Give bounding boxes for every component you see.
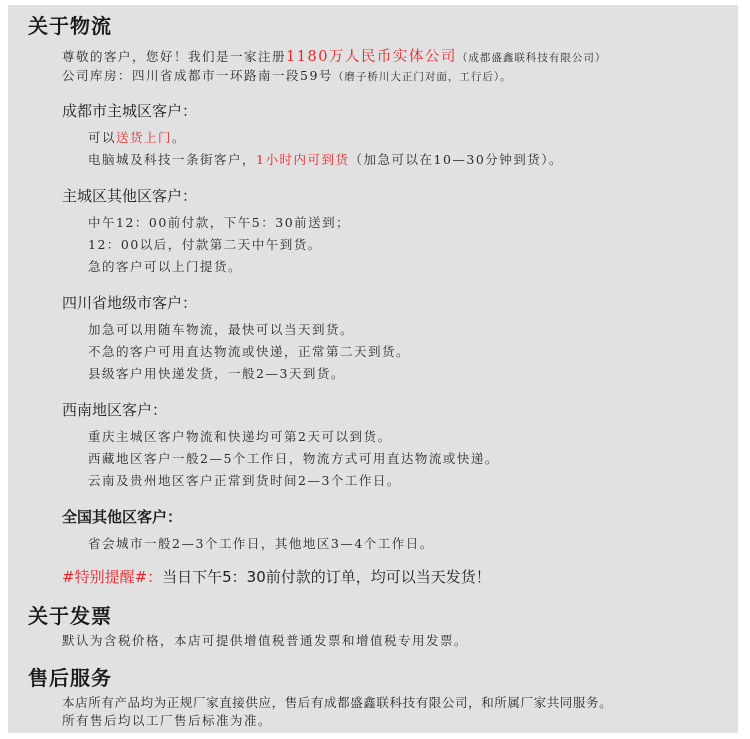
invoice-line: 默认为含税价格，本店可提供增值税普通发票和增值税专用发票。 — [62, 631, 468, 649]
warehouse-landmark: （磨子桥川大正门对面，工行后）。 — [333, 71, 512, 83]
text: 电脑城及科技一条街客户， — [88, 152, 256, 167]
company-name: （成都盛鑫联科技有限公司） — [457, 52, 607, 64]
intro-highlight: 1180万人民币实体公司 — [286, 49, 457, 65]
section-heading-chengdu-main: 成都市主城区客户： — [62, 100, 197, 121]
after-sales-line-2: 所有售后均以工厂售后标准为准。 — [62, 711, 272, 729]
warehouse-address: 公司库房：四川省成都市一环路南一段59号 — [62, 68, 333, 83]
section-title-invoice: 关于发票 — [28, 600, 112, 629]
notice-text: 当日下午5：30前付款的订单，均可以当天发货！ — [162, 568, 491, 586]
text: 可以 — [88, 130, 116, 145]
intro-text: 尊敬的客户，您好！我们是一家注册 — [62, 49, 286, 64]
highlight: 1小时内可到货 — [256, 152, 349, 167]
list-item: 县级客户用快递发货，一般2—3天到货。 — [88, 364, 345, 382]
intro-line-1: 尊敬的客户，您好！我们是一家注册1180万人民币实体公司（成都盛鑫联科技有限公司… — [62, 45, 606, 66]
list-item: 急的客户可以上门提货。 — [88, 257, 242, 275]
list-item: 省会城市一般2—3个工作日，其他地区3—4个工作日。 — [88, 534, 434, 552]
list-item: 加急可以用随车物流，最快可以当天到货。 — [88, 320, 354, 338]
notice-label: #特别提醒#： — [62, 568, 162, 586]
section-heading-sichuan-cities: 四川省地级市客户： — [62, 292, 197, 313]
list-item: 不急的客户可用直达物流或快递，正常第二天到货。 — [88, 342, 410, 360]
chengdu-line-2: 电脑城及科技一条街客户，1小时内可到货（加急可以在10—30分钟到货）。 — [88, 150, 563, 168]
section-heading-southwest: 西南地区客户： — [62, 399, 167, 420]
text: （加急可以在10—30分钟到货）。 — [349, 152, 563, 167]
special-notice: #特别提醒#：当日下午5：30前付款的订单，均可以当天发货！ — [62, 566, 491, 587]
list-item: 重庆主城区客户物流和快递均可第2天可以到货。 — [88, 427, 391, 445]
section-title-logistics: 关于物流 — [28, 10, 112, 39]
list-item: 12：00以后，付款第二天中午到货。 — [88, 235, 322, 253]
list-item: 中午12：00前付款，下午5：30前送到； — [88, 213, 350, 231]
list-item: 云南及贵州地区客户正常到货时间2—3个工作日。 — [88, 471, 401, 489]
intro-line-2: 公司库房：四川省成都市一环路南一段59号（磨子桥川大正门对面，工行后）。 — [62, 66, 512, 84]
after-sales-line-1: 本店所有产品均为正规厂家直接供应，售后有成都盛鑫联科技有限公司，和所属厂家共同服… — [62, 693, 612, 711]
highlight: 送货上门 — [116, 130, 172, 145]
section-title-after-sales: 售后服务 — [28, 662, 112, 691]
text: 。 — [172, 130, 186, 145]
list-item: 西藏地区客户一般2—5个工作日，物流方式可用直达物流或快递。 — [88, 449, 499, 467]
section-heading-nationwide: 全国其他区客户： — [62, 506, 182, 527]
chengdu-line-1: 可以送货上门。 — [88, 128, 186, 146]
section-heading-other-districts: 主城区其他区客户： — [62, 185, 197, 206]
